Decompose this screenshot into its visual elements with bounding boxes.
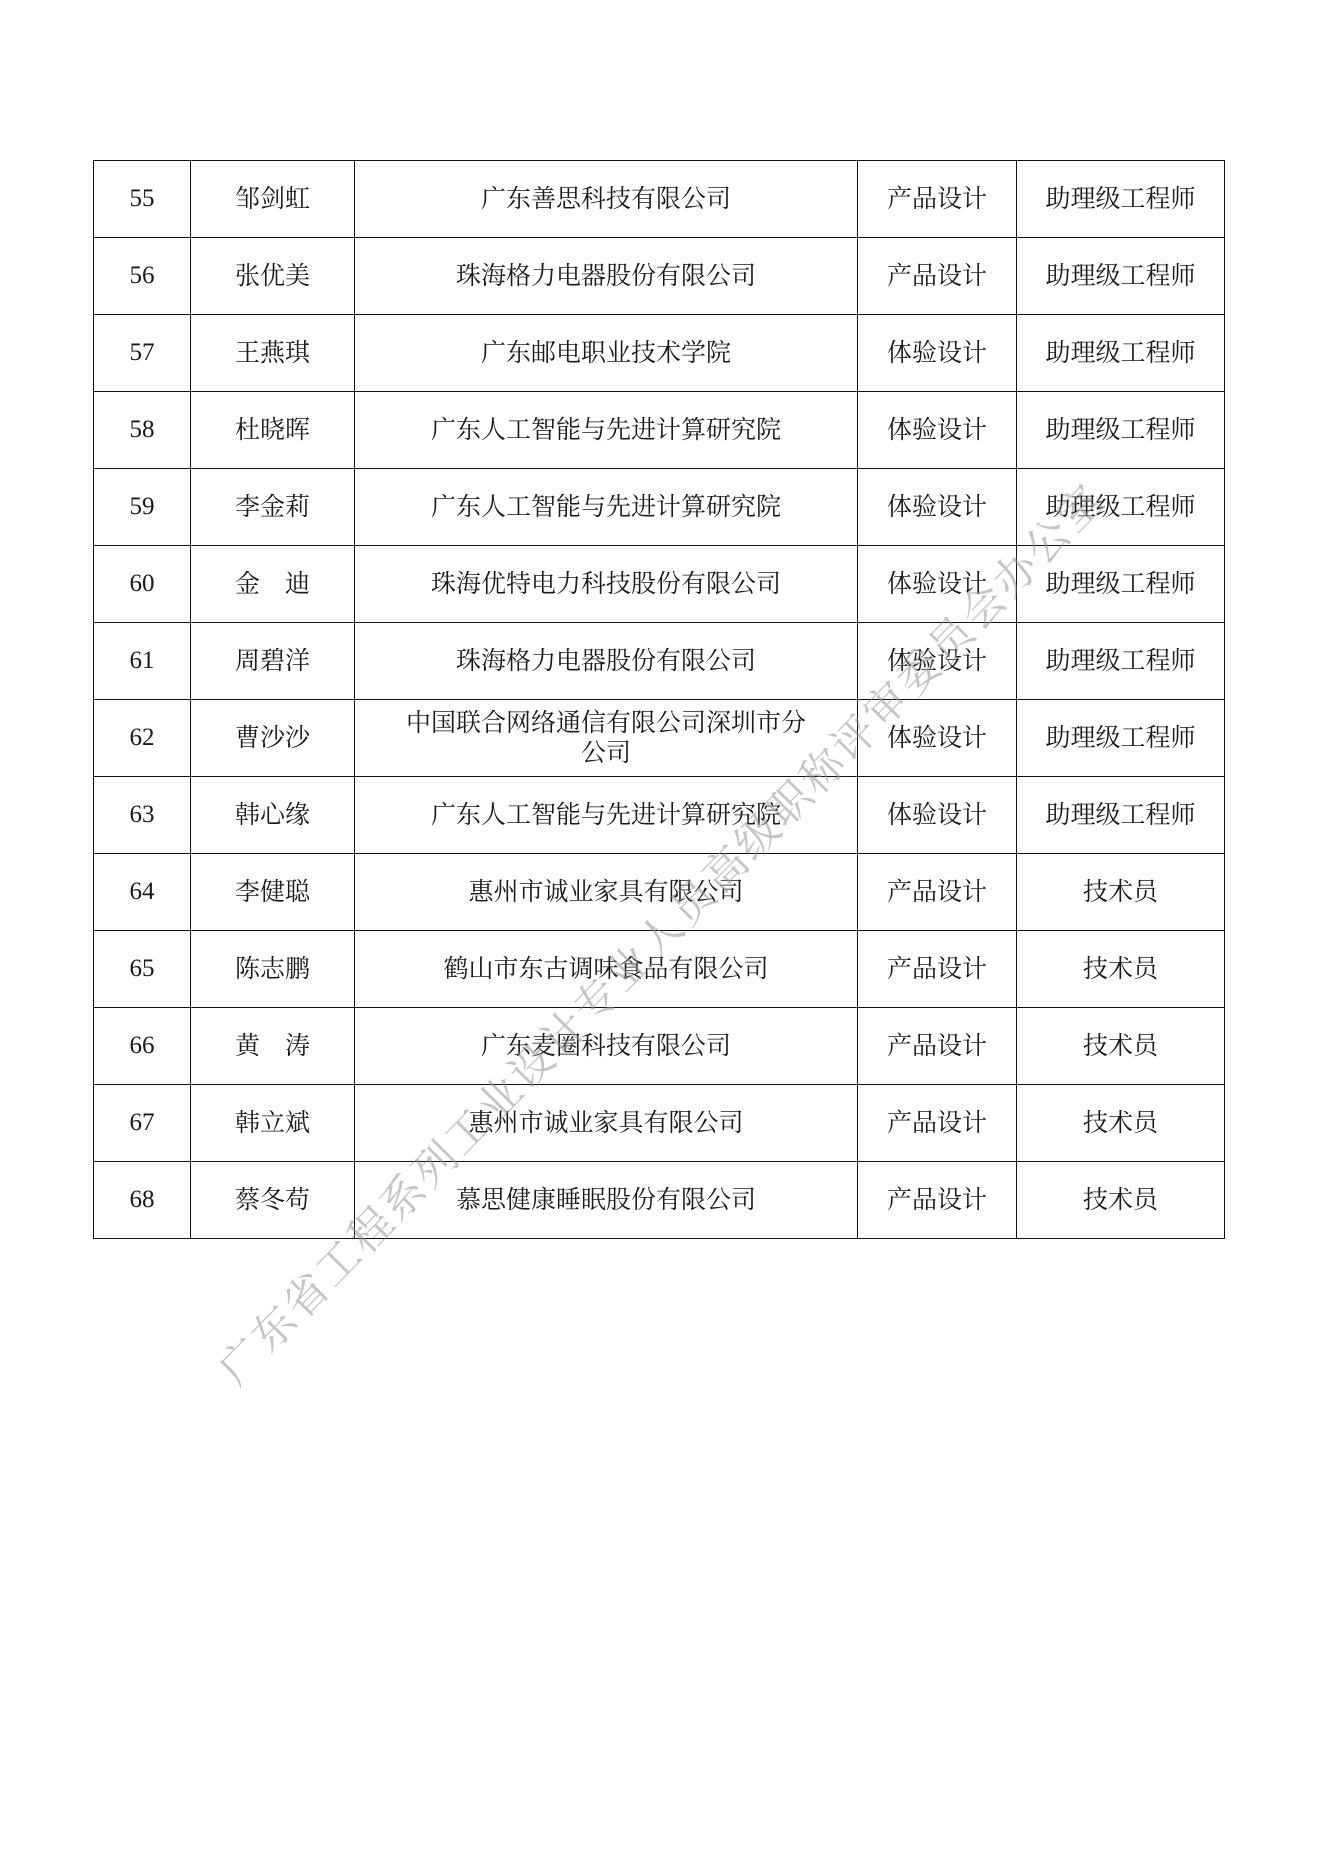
person-name: 黄 涛 [191, 1008, 355, 1085]
organization: 珠海格力电器股份有限公司 [355, 623, 858, 700]
qualification-level: 助理级工程师 [1017, 469, 1225, 546]
row-number: 63 [94, 777, 191, 854]
specialty: 产品设计 [858, 1085, 1017, 1162]
table-row: 60 金 迪 珠海优特电力科技股份有限公司 体验设计 助理级工程师 [94, 546, 1225, 623]
specialty: 产品设计 [858, 854, 1017, 931]
table-row: 64 李健聪 惠州市诚业家具有限公司 产品设计 技术员 [94, 854, 1225, 931]
person-name: 张优美 [191, 238, 355, 315]
organization: 广东邮电职业技术学院 [355, 315, 858, 392]
organization-text: 广东麦圈科技有限公司 [481, 1031, 731, 1061]
organization-text: 珠海格力电器股份有限公司 [456, 646, 756, 676]
specialty: 体验设计 [858, 700, 1017, 777]
specialty: 体验设计 [858, 392, 1017, 469]
row-number: 66 [94, 1008, 191, 1085]
person-name: 韩立斌 [191, 1085, 355, 1162]
organization-text: 广东善思科技有限公司 [481, 184, 731, 214]
specialty: 体验设计 [858, 469, 1017, 546]
organization-text: 珠海格力电器股份有限公司 [456, 261, 756, 291]
qualification-level: 技术员 [1017, 1008, 1225, 1085]
person-name: 蔡冬苟 [191, 1162, 355, 1239]
organization: 鹤山市东古调味食品有限公司 [355, 931, 858, 1008]
person-name: 邹剑虹 [191, 161, 355, 238]
person-name: 李金莉 [191, 469, 355, 546]
person-name: 王燕琪 [191, 315, 355, 392]
qualification-level: 助理级工程师 [1017, 238, 1225, 315]
specialty: 产品设计 [858, 931, 1017, 1008]
organization: 广东人工智能与先进计算研究院 [355, 777, 858, 854]
organization-text: 珠海优特电力科技股份有限公司 [431, 569, 781, 599]
table-row: 55 邹剑虹 广东善思科技有限公司 产品设计 助理级工程师 [94, 161, 1225, 238]
qualification-level: 技术员 [1017, 854, 1225, 931]
row-number: 55 [94, 161, 191, 238]
organization-text: 惠州市诚业家具有限公司 [468, 1108, 743, 1138]
qualification-level: 助理级工程师 [1017, 161, 1225, 238]
organization: 中国联合网络通信有限公司深圳市分 公司 [355, 700, 858, 777]
qualification-level: 助理级工程师 [1017, 700, 1225, 777]
organization: 惠州市诚业家具有限公司 [355, 1085, 858, 1162]
organization-text: 中国联合网络通信有限公司深圳市分 公司 [406, 708, 806, 768]
specialty: 产品设计 [858, 161, 1017, 238]
organization: 广东人工智能与先进计算研究院 [355, 392, 858, 469]
person-name: 韩心缘 [191, 777, 355, 854]
qualification-level: 技术员 [1017, 931, 1225, 1008]
organization-text: 广东人工智能与先进计算研究院 [431, 800, 781, 830]
qualification-level: 助理级工程师 [1017, 315, 1225, 392]
specialty: 产品设计 [858, 1008, 1017, 1085]
person-name: 金 迪 [191, 546, 355, 623]
organization: 惠州市诚业家具有限公司 [355, 854, 858, 931]
row-number: 67 [94, 1085, 191, 1162]
organization-text: 慕思健康睡眠股份有限公司 [456, 1185, 756, 1215]
row-number: 57 [94, 315, 191, 392]
document-page: 55 邹剑虹 广东善思科技有限公司 产品设计 助理级工程师 56 张优美 珠海格… [0, 0, 1323, 1871]
qualification-level: 助理级工程师 [1017, 777, 1225, 854]
table-row: 66 黄 涛 广东麦圈科技有限公司 产品设计 技术员 [94, 1008, 1225, 1085]
qualification-level: 助理级工程师 [1017, 623, 1225, 700]
row-number: 62 [94, 700, 191, 777]
person-name: 周碧洋 [191, 623, 355, 700]
specialty: 产品设计 [858, 1162, 1017, 1239]
row-number: 59 [94, 469, 191, 546]
specialty: 体验设计 [858, 623, 1017, 700]
organization: 广东麦圈科技有限公司 [355, 1008, 858, 1085]
qualification-level: 助理级工程师 [1017, 546, 1225, 623]
qualification-level: 技术员 [1017, 1162, 1225, 1239]
table-row: 56 张优美 珠海格力电器股份有限公司 产品设计 助理级工程师 [94, 238, 1225, 315]
organization: 广东人工智能与先进计算研究院 [355, 469, 858, 546]
specialty: 体验设计 [858, 777, 1017, 854]
organization-text: 广东人工智能与先进计算研究院 [431, 415, 781, 445]
organization: 珠海优特电力科技股份有限公司 [355, 546, 858, 623]
table-row: 62 曹沙沙 中国联合网络通信有限公司深圳市分 公司 体验设计 助理级工程师 [94, 700, 1225, 777]
specialty: 体验设计 [858, 315, 1017, 392]
qualification-level: 助理级工程师 [1017, 392, 1225, 469]
organization: 广东善思科技有限公司 [355, 161, 858, 238]
table-row: 65 陈志鹏 鹤山市东古调味食品有限公司 产品设计 技术员 [94, 931, 1225, 1008]
table-row: 58 杜晓晖 广东人工智能与先进计算研究院 体验设计 助理级工程师 [94, 392, 1225, 469]
row-number: 64 [94, 854, 191, 931]
organization-text: 鹤山市东古调味食品有限公司 [443, 954, 768, 984]
qualification-level: 技术员 [1017, 1085, 1225, 1162]
row-number: 65 [94, 931, 191, 1008]
organization-text: 惠州市诚业家具有限公司 [468, 877, 743, 907]
person-name: 曹沙沙 [191, 700, 355, 777]
specialty: 产品设计 [858, 238, 1017, 315]
row-number: 58 [94, 392, 191, 469]
person-name: 李健聪 [191, 854, 355, 931]
table-row: 57 王燕琪 广东邮电职业技术学院 体验设计 助理级工程师 [94, 315, 1225, 392]
organization: 慕思健康睡眠股份有限公司 [355, 1162, 858, 1239]
row-number: 68 [94, 1162, 191, 1239]
person-name: 陈志鹏 [191, 931, 355, 1008]
row-number: 61 [94, 623, 191, 700]
person-name: 杜晓晖 [191, 392, 355, 469]
table-row: 59 李金莉 广东人工智能与先进计算研究院 体验设计 助理级工程师 [94, 469, 1225, 546]
roster-table: 55 邹剑虹 广东善思科技有限公司 产品设计 助理级工程师 56 张优美 珠海格… [93, 160, 1225, 1239]
organization-text: 广东人工智能与先进计算研究院 [431, 492, 781, 522]
table-row: 68 蔡冬苟 慕思健康睡眠股份有限公司 产品设计 技术员 [94, 1162, 1225, 1239]
row-number: 56 [94, 238, 191, 315]
specialty: 体验设计 [858, 546, 1017, 623]
row-number: 60 [94, 546, 191, 623]
organization-text: 广东邮电职业技术学院 [481, 338, 731, 368]
table-row: 61 周碧洋 珠海格力电器股份有限公司 体验设计 助理级工程师 [94, 623, 1225, 700]
table-row: 67 韩立斌 惠州市诚业家具有限公司 产品设计 技术员 [94, 1085, 1225, 1162]
table-row: 63 韩心缘 广东人工智能与先进计算研究院 体验设计 助理级工程师 [94, 777, 1225, 854]
organization: 珠海格力电器股份有限公司 [355, 238, 858, 315]
